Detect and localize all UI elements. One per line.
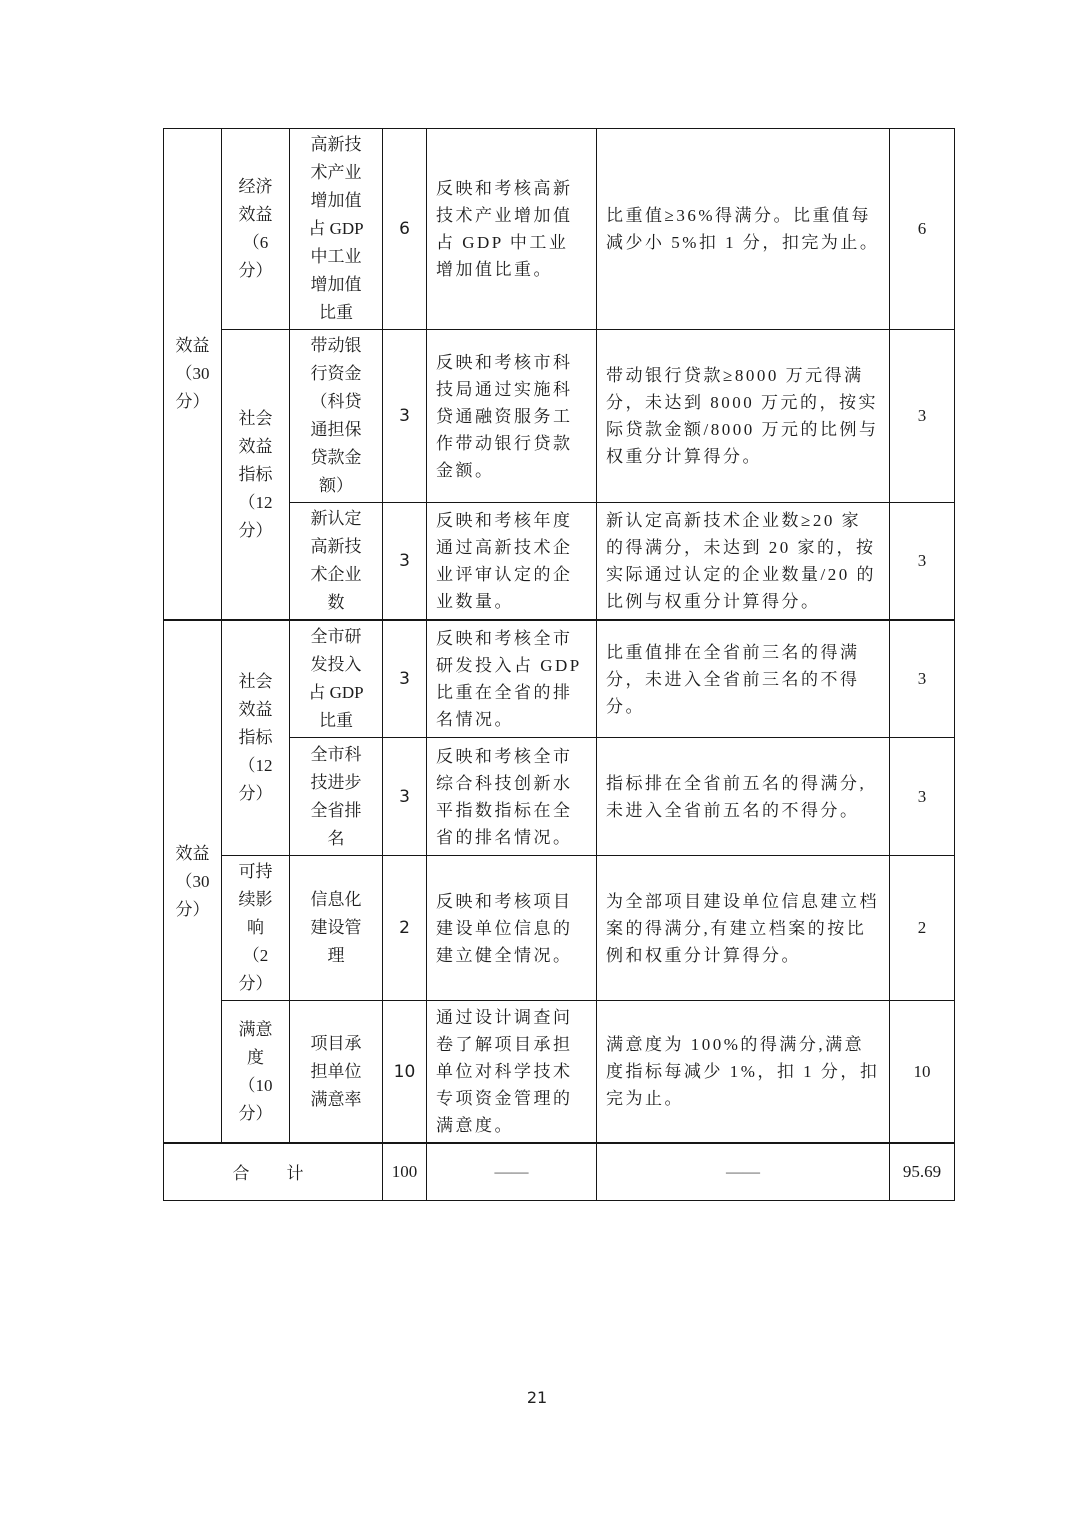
explanation-cell: 通过设计调查问卷了解项目承担单位对科学技术专项资金管理的满意度。 — [427, 1001, 597, 1144]
score-cell: 10 — [890, 1001, 955, 1144]
level3-indicator-cell: 项目承 担单位 满意率 — [290, 1001, 383, 1144]
level2-indicator-cell: 社会 效益 指标 （12 分） — [222, 620, 290, 856]
criteria-cell: 为全部项目建设单位信息建立档案的得满分,有建立档案的按比例和权重分计算得分。 — [597, 856, 890, 1001]
criteria-cell: 新认定高新技术企业数≥20 家的得满分，未达到 20 家的，按实际通过认定的企业… — [597, 503, 890, 621]
level2-indicator-cell: 可持 续影 响 （2 分） — [222, 856, 290, 1001]
criteria-cell: 比重值排在全省前三名的得满分，未进入全省前三名的不得分。 — [597, 620, 890, 738]
table-row: 效益 （30 分） 经济 效益 （6 分） 高新技 术产业 增加值 占 GDP … — [164, 129, 955, 330]
weight-cell: 10 — [383, 1001, 427, 1144]
criteria-cell: 比重值≥36%得满分。比重值每减少小 5%扣 1 分，扣完为止。 — [597, 129, 890, 330]
criteria-cell: 指标排在全省前五名的得满分,未进入全省前五名的不得分。 — [597, 738, 890, 856]
weight-cell: 3 — [383, 738, 427, 856]
level3-indicator-cell: 全市科 技进步 全省排 名 — [290, 738, 383, 856]
explanation-cell: 反映和考核市科技局通过实施科贷通融资服务工作带动银行贷款金额。 — [427, 330, 597, 503]
document-page: 效益 （30 分） 经济 效益 （6 分） 高新技 术产业 增加值 占 GDP … — [0, 0, 1074, 1520]
table-row: 可持 续影 响 （2 分） 信息化 建设管 理 2 反映和考核项目建设单位信息的… — [164, 856, 955, 1001]
score-cell: 2 — [890, 856, 955, 1001]
score-cell: 3 — [890, 330, 955, 503]
weight-cell: 3 — [383, 620, 427, 738]
total-score-cell: 95.69 — [890, 1143, 955, 1200]
weight-cell: 3 — [383, 503, 427, 621]
total-weight-cell: 100 — [383, 1143, 427, 1200]
level2-indicator-cell: 经济 效益 （6 分） — [222, 129, 290, 330]
weight-cell: 2 — [383, 856, 427, 1001]
explanation-cell: 反映和考核年度通过高新技术企业评审认定的企业数量。 — [427, 503, 597, 621]
level2-indicator-cell: 社会 效益 指标 （12 分） — [222, 330, 290, 621]
table-row: 社会 效益 指标 （12 分） 带动银 行资金 （科贷 通担保 贷款金 额） 3… — [164, 330, 955, 503]
explanation-cell: 反映和考核高新技术产业增加值占 GDP 中工业增加值比重。 — [427, 129, 597, 330]
level2-indicator-cell: 满意 度 （10 分） — [222, 1001, 290, 1144]
criteria-cell: 满意度为 100%的得满分,满意度指标每减少 1%，扣 1 分，扣完为止。 — [597, 1001, 890, 1144]
weight-cell: 3 — [383, 330, 427, 503]
explanation-cell: 反映和考核项目建设单位信息的建立健全情况。 — [427, 856, 597, 1001]
score-cell: 6 — [890, 129, 955, 330]
score-cell: 3 — [890, 503, 955, 621]
total-dash-cell: —— — [427, 1143, 597, 1200]
page-number: 21 — [0, 1388, 1074, 1407]
performance-indicator-table: 效益 （30 分） 经济 效益 （6 分） 高新技 术产业 增加值 占 GDP … — [163, 128, 955, 1201]
table-row: 效益 （30 分） 社会 效益 指标 （12 分） 全市研 发投入 占 GDP … — [164, 620, 955, 738]
weight-cell: 6 — [383, 129, 427, 330]
total-dash-cell: —— — [597, 1143, 890, 1200]
total-label-cell: 合 计 — [164, 1143, 383, 1200]
score-cell: 3 — [890, 738, 955, 856]
explanation-cell: 反映和考核全市研发投入占 GDP 比重在全省的排名情况。 — [427, 620, 597, 738]
level1-indicator-cell: 效益 （30 分） — [164, 620, 222, 1143]
table-row: 满意 度 （10 分） 项目承 担单位 满意率 10 通过设计调查问卷了解项目承… — [164, 1001, 955, 1144]
level3-indicator-cell: 全市研 发投入 占 GDP 比重 — [290, 620, 383, 738]
level3-indicator-cell: 高新技 术产业 增加值 占 GDP 中工业 增加值 比重 — [290, 129, 383, 330]
criteria-cell: 带动银行贷款≥8000 万元得满分，未达到 8000 万元的，按实际贷款金额/8… — [597, 330, 890, 503]
level3-indicator-cell: 带动银 行资金 （科贷 通担保 贷款金 额） — [290, 330, 383, 503]
total-row: 合 计 100 —— —— 95.69 — [164, 1143, 955, 1200]
score-cell: 3 — [890, 620, 955, 738]
explanation-cell: 反映和考核全市综合科技创新水平指数指标在全省的排名情况。 — [427, 738, 597, 856]
level1-indicator-cell: 效益 （30 分） — [164, 129, 222, 621]
level3-indicator-cell: 新认定 高新技 术企业 数 — [290, 503, 383, 621]
level3-indicator-cell: 信息化 建设管 理 — [290, 856, 383, 1001]
